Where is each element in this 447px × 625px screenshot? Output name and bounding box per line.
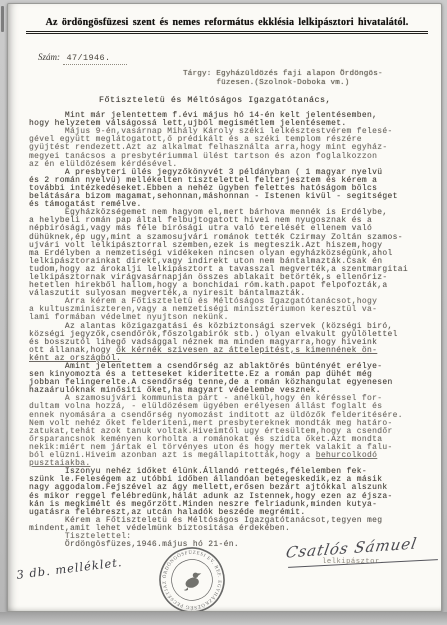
document-page: Az ördöngösfüzesi szent és nemes reformá… — [7, 3, 442, 612]
scan-edge-bottom — [0, 612, 447, 625]
reference-number-label: Szám: — [38, 52, 60, 62]
paragraph: Az alantas közigazgatási és közbiztonság… — [29, 323, 439, 363]
subject-line: Tárgy: Egyházüldözés faji alapon Ördöngö… — [183, 70, 423, 88]
reference-number: Szám: 47/1946. — [38, 52, 127, 63]
paragraph: Mint már jelentettem f.évi május hó 14-é… — [29, 112, 439, 128]
paragraph: Arra kérem a Főtiszteletü és Méltóságos … — [29, 298, 439, 322]
paragraph: Május 9-én,vasárnap Mihály Károly széki … — [29, 128, 439, 168]
pelican-emblem-icon — [180, 571, 205, 591]
typed-text: Arra kérem a Főtiszteletü és Méltóságos … — [29, 297, 377, 322]
typed-text: Kérem a Főtiszteletü és Méltóságos Igazg… — [29, 516, 382, 533]
paragraph: Kérem a Főtiszteletü és Méltóságos Igazg… — [29, 517, 439, 533]
typed-text: Amint jelentettem a csendőrség az ablakt… — [29, 362, 393, 395]
paragraph: A presbyteri ülés jegyzőkönyvét 3 példán… — [29, 169, 439, 209]
reference-number-value: 47/1946. — [63, 53, 127, 65]
letterhead-title: Az ördöngösfüzesi szent és nemes reformá… — [26, 17, 428, 34]
typed-text: Egyházközségemet nem hagyom el,mert bárh… — [29, 208, 408, 298]
typed-text: Mint már jelentettem f.évi május hó 14-é… — [29, 111, 377, 128]
paragraph: Egyházközségemet nem hagyom el,mert bárh… — [29, 209, 439, 298]
attachment-note-handwritten: 3 db. melléklet. — [16, 552, 147, 582]
signature-block: Csatlós Sámuel lelkipásztor. — [286, 538, 442, 578]
typed-text: A presbyteri ülés jegyzőkönyvét 3 példán… — [29, 168, 398, 209]
typed-text: Május 9-én,vasárnap Mihály Károly széki … — [29, 127, 393, 168]
paragraph: A szamosujvári kommunista párt - anélkül… — [29, 395, 439, 468]
paragraph: Amint jelentettem a csendőrség az ablakt… — [29, 363, 439, 395]
typed-text: Iszonyu nehéz időket élünk.Állandó rette… — [29, 467, 393, 516]
salutation: Főtiszteletü és Méltóságos Igazgatótanác… — [29, 96, 439, 104]
paragraph: Iszonyu nehéz időket élünk.Állandó rette… — [29, 468, 439, 517]
scan-edge-artifact — [1, 6, 4, 32]
letter-body: Főtiszteletü és Méltóságos Igazgatótanác… — [29, 96, 439, 549]
